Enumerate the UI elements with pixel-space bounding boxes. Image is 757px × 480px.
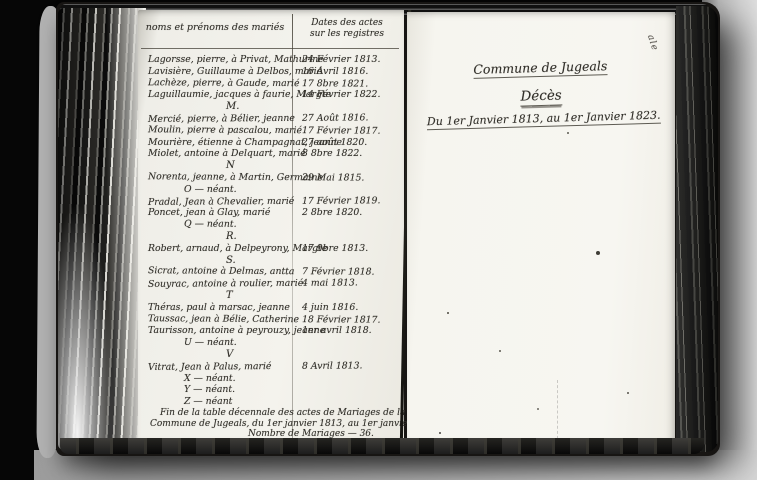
table-row: Moulin, pierre à pascalou, marié 17 Févr… bbox=[148, 124, 400, 137]
date-range: Du 1er Janvier 1813, au 1er Janvier 1823… bbox=[418, 108, 670, 128]
date-cell: 4 mai 1813. bbox=[292, 278, 358, 290]
row-label: N bbox=[148, 160, 235, 172]
title-block: Commune de Jugeals Décès Du 1er Janvier … bbox=[405, 8, 677, 175]
date-cell: 4 juin 1816. bbox=[292, 302, 358, 314]
name-cell: Moulin, pierre à pascalou, marié bbox=[148, 124, 292, 137]
table-body: Lagorsse, pierre, à Privat, Mathurine 24… bbox=[148, 54, 400, 408]
date-cell: 2 8bre 1820. bbox=[292, 207, 362, 219]
footer-line: Commune de Jugeals, du 1er janvier 1813,… bbox=[148, 419, 400, 430]
commune-heading: Commune de Jugeals bbox=[436, 57, 644, 78]
date-cell: 27 août 1820. bbox=[292, 137, 367, 149]
name-cell: Robert, arnaud, à Delpeyrony, Margte bbox=[148, 243, 292, 255]
table-row: R. bbox=[148, 231, 400, 243]
name-cell: Miolet, antoine à Delquart, marié bbox=[148, 148, 292, 160]
table-row: Taurisson, antoine à peyrouzy, jeanne 1e… bbox=[148, 325, 400, 337]
name-cell: Laguillaumie, jacques à faurie, Margte bbox=[148, 89, 292, 101]
deces-title: Décès bbox=[407, 84, 675, 107]
table-row: Souyrac, antoine à roulier, marié 4 mai … bbox=[148, 277, 400, 291]
date-cell: 24 Février 1813. bbox=[292, 54, 380, 66]
table-footer: Fin de la table décennale des actes de M… bbox=[148, 408, 400, 440]
date-cell: 8 Avril 1813. bbox=[292, 360, 363, 372]
table-row: Robert, arnaud, à Delpeyrony, Margte 17 … bbox=[148, 243, 400, 255]
date-cell: 16 Avril 1816. bbox=[292, 66, 368, 78]
row-label: V bbox=[148, 349, 233, 361]
name-cell: Lagorsse, pierre, à Privat, Mathurine bbox=[148, 54, 292, 66]
footer-line: Fin de la table décennale des actes de M… bbox=[148, 408, 400, 419]
table-row: Norenta, jeanne, à Martin, Germaine 29 M… bbox=[148, 171, 400, 184]
dates-column-header: Dates des actes sur les registres bbox=[294, 18, 400, 40]
name-cell: Taurisson, antoine à peyrouzy, jeanne bbox=[148, 325, 292, 337]
left-page: noms et prénoms des mariés Dates des act… bbox=[138, 10, 404, 444]
commune-heading-text: Commune de Jugeals bbox=[473, 58, 607, 79]
row-label: Y — néant. bbox=[148, 384, 235, 396]
table-row: X — néant. bbox=[148, 373, 400, 385]
table-row: Taussac, jean à Bélie, Catherine 18 Févr… bbox=[148, 313, 400, 326]
table-row: Z — néant bbox=[148, 396, 400, 408]
name-cell: Lavisière, Guillaume à Delbos, marié bbox=[148, 66, 292, 78]
table-row: Poncet, jean à Glay, marié 2 8bre 1820. bbox=[148, 207, 400, 219]
right-page: Commune de Jugeals Décès Du 1er Janvier … bbox=[407, 12, 675, 444]
header-rule bbox=[141, 48, 399, 49]
name-cell: Pradal, Jean à Chevalier, marié bbox=[148, 195, 292, 208]
row-label: X — néant. bbox=[148, 373, 236, 385]
table-row: O — néant. bbox=[148, 184, 400, 196]
name-cell: Mourière, étienne à Champagnat, jeanne bbox=[148, 137, 292, 149]
table-row: Lagorsse, pierre, à Privat, Mathurine 24… bbox=[148, 54, 400, 66]
date-cell: 27 Août 1816. bbox=[292, 112, 368, 124]
name-cell: Lachèze, pierre, à Gaude, marié bbox=[148, 77, 292, 90]
table-row: Lachèze, pierre, à Gaude, marié 17 8bre … bbox=[148, 77, 400, 90]
table-row: Pradal, Jean à Chevalier, marié 17 Févri… bbox=[148, 195, 400, 209]
register-book: noms et prénoms des mariés Dates des act… bbox=[56, 2, 720, 456]
date-cell: 18 Février 1817. bbox=[292, 314, 380, 326]
date-cell: 17 8bre 1821. bbox=[292, 78, 368, 90]
table-row: Vitrat, Jean à Palus, marié 8 Avril 1813… bbox=[148, 360, 400, 374]
name-cell: Souyrac, antoine à roulier, marié bbox=[148, 278, 292, 291]
date-cell: 8 8bre 1822. bbox=[292, 148, 362, 160]
table-row: T bbox=[148, 290, 400, 302]
name-cell: Sicrat, antoine à Delmas, antta bbox=[148, 266, 292, 279]
row-label: O — néant. bbox=[148, 184, 237, 196]
page-speckles bbox=[447, 312, 449, 314]
date-cell: 1er avril 1818. bbox=[292, 325, 372, 337]
row-label: Z — néant bbox=[148, 396, 232, 408]
deces-title-text: Décès bbox=[520, 87, 562, 106]
row-label: Q — néant. bbox=[148, 218, 237, 230]
row-label: T bbox=[148, 290, 233, 302]
date-cell: 17 Février 1819. bbox=[292, 195, 381, 207]
table-row: N bbox=[148, 160, 400, 172]
name-cell: Théras, paul à marsac, jeanne bbox=[148, 302, 292, 314]
row-label: R. bbox=[148, 231, 237, 243]
dates-column-header-line2: sur les registres bbox=[294, 29, 400, 40]
table-row: Q — néant. bbox=[148, 218, 400, 231]
names-column-header: noms et prénoms des mariés bbox=[142, 22, 288, 33]
book-bottom-edge bbox=[60, 438, 704, 454]
name-cell: Taussac, jean à Bélie, Catherine bbox=[148, 313, 292, 326]
page-stack-left-edge bbox=[58, 8, 146, 450]
book-photo: noms et prénoms des mariés Dates des act… bbox=[0, 0, 757, 480]
table-row: Miolet, antoine à Delquart, marié 8 8bre… bbox=[148, 148, 400, 160]
date-cell: 29 Mai 1815. bbox=[292, 172, 364, 184]
name-cell: Norenta, jeanne, à Martin, Germaine bbox=[148, 171, 292, 184]
table-row: U — néant. bbox=[148, 337, 400, 349]
dates-column-header-line1: Dates des actes bbox=[294, 18, 400, 29]
page-block-right-edge bbox=[676, 6, 718, 452]
date-cell: 14 Février 1822. bbox=[292, 89, 380, 101]
date-range-text: Du 1er Janvier 1813, au 1er Janvier 1823… bbox=[427, 109, 661, 131]
row-label: U — néant. bbox=[148, 337, 237, 349]
table-row: Laguillaumie, jacques à faurie, Margte 1… bbox=[148, 89, 400, 101]
table-row: Mourière, étienne à Champagnat, jeanne 2… bbox=[148, 137, 400, 149]
table-row: Théras, paul à marsac, jeanne 4 juin 181… bbox=[148, 302, 400, 314]
fold-mark bbox=[557, 380, 558, 444]
table-row: Y — néant. bbox=[148, 384, 400, 396]
date-cell: 17 Février 1817. bbox=[292, 125, 380, 137]
date-cell: 17 9bre 1813. bbox=[292, 243, 368, 255]
row-label: M. bbox=[148, 101, 239, 113]
table-row: Lavisière, Guillaume à Delbos, marié 16 … bbox=[148, 66, 400, 78]
table-row: M. bbox=[148, 101, 400, 113]
name-cell: Vitrat, Jean à Palus, marié bbox=[148, 361, 292, 374]
table-row: V bbox=[148, 349, 400, 361]
